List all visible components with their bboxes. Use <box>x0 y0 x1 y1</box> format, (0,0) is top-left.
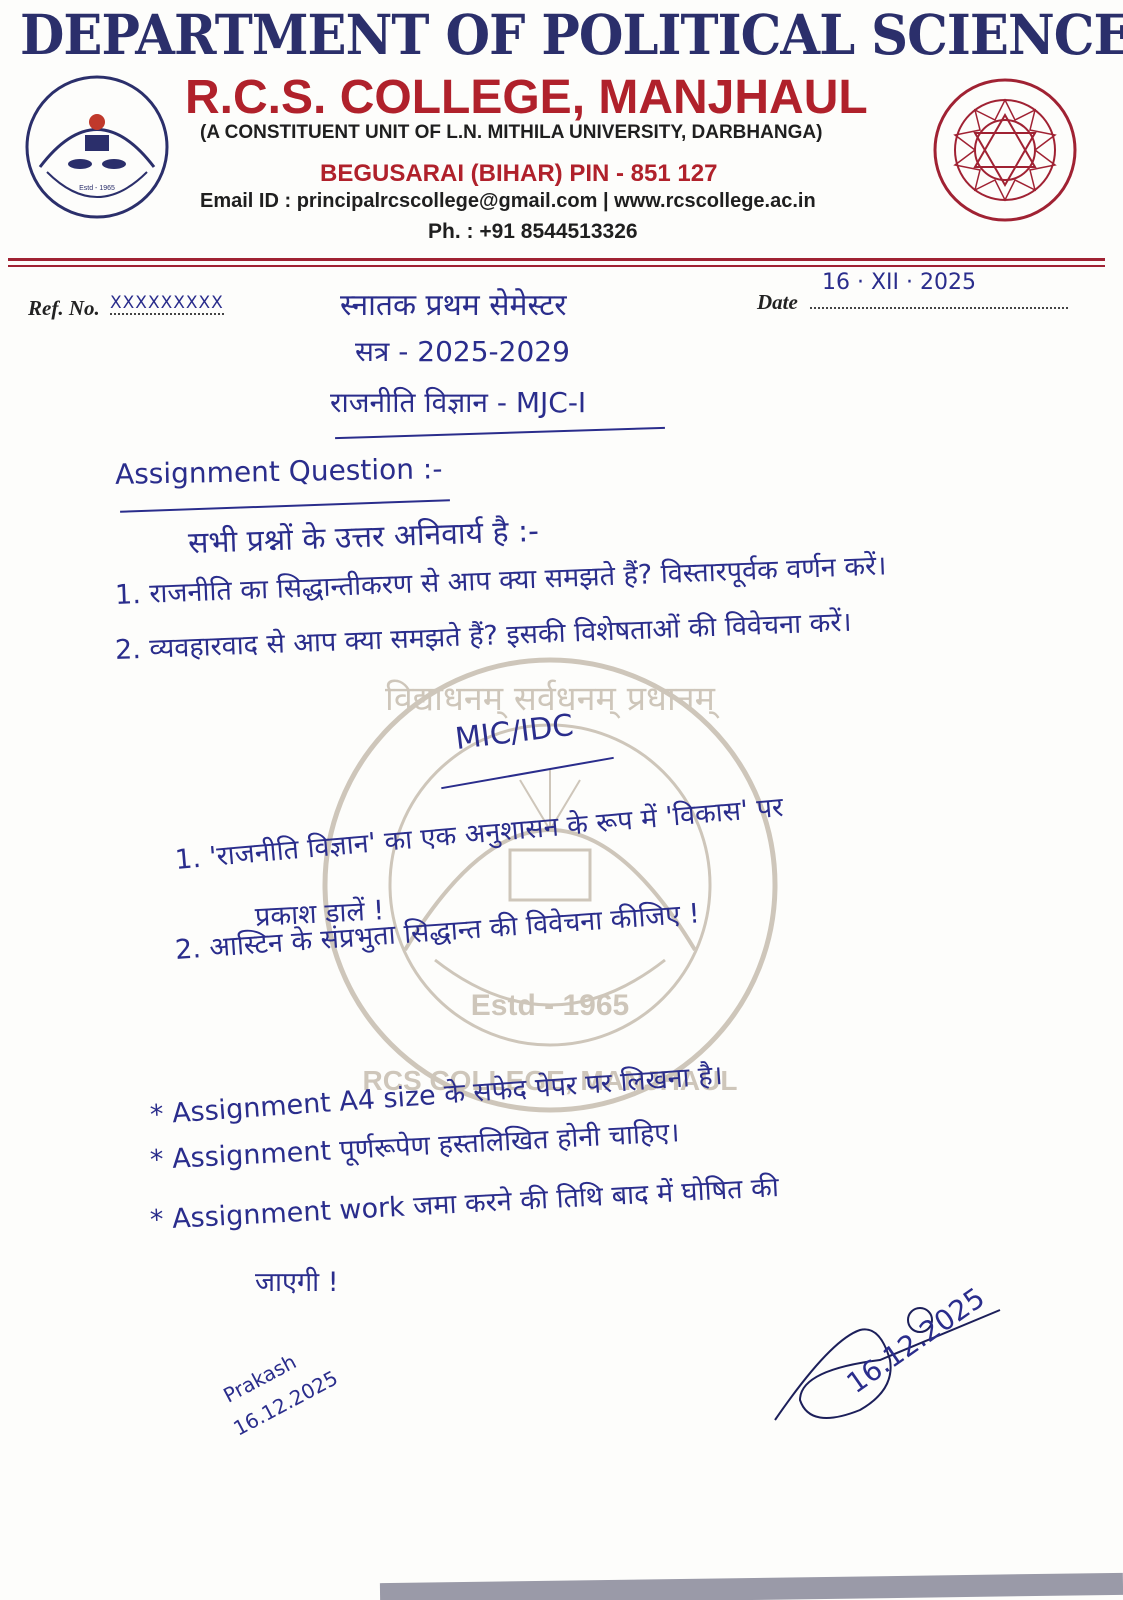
phone: Ph. : +91 8544513326 <box>428 220 638 244</box>
department-title: DEPARTMENT OF POLITICAL SCIENCE <box>20 2 1034 67</box>
assignment-title-underline <box>120 499 450 513</box>
paper-code: राजनीति विज्ञान - MJC-I <box>330 383 586 421</box>
university-emblem-icon <box>930 75 1080 225</box>
course-level: स्नातक प्रथम सेमेस्टर <box>340 283 567 324</box>
stamp-established: Estd - 1965 <box>471 989 629 1022</box>
ref-number: XXXXXXXXX <box>110 293 224 315</box>
note-3-cont: जाएगी ! <box>255 1262 339 1299</box>
date-label: Date <box>757 290 798 315</box>
header-divider-secondary <box>8 265 1105 267</box>
right-signature-icon <box>770 1300 1040 1450</box>
college-name: R.C.S. COLLEGE, MANJHAUL <box>185 70 868 125</box>
svg-text:Estd - 1965: Estd - 1965 <box>79 185 115 192</box>
address: BEGUSARAI (BIHAR) PIN - 851 127 <box>320 160 717 188</box>
affiliation: (A CONSTITUENT UNIT OF L.N. MITHILA UNIV… <box>200 122 822 144</box>
heading-underline <box>335 427 665 439</box>
header-divider <box>8 258 1105 261</box>
assignment-title: Assignment Question :- <box>115 452 443 491</box>
date-line <box>810 307 1068 309</box>
date-value: 16 · XII · 2025 <box>822 270 976 295</box>
ref-label: Ref. No. <box>28 296 100 321</box>
instruction: सभी प्रश्नों के उत्तर अनिवार्य है :- <box>187 509 539 562</box>
contact-line: Email ID : principalrcscollege@gmail.com… <box>200 190 816 213</box>
page-edge-shadow <box>380 1573 1123 1600</box>
college-emblem-icon: Estd - 1965 <box>22 72 172 222</box>
note-3: * Assignment work जमा करने की तिथि बाद म… <box>149 1167 780 1237</box>
session: सत्र - 2025-2029 <box>355 332 570 370</box>
